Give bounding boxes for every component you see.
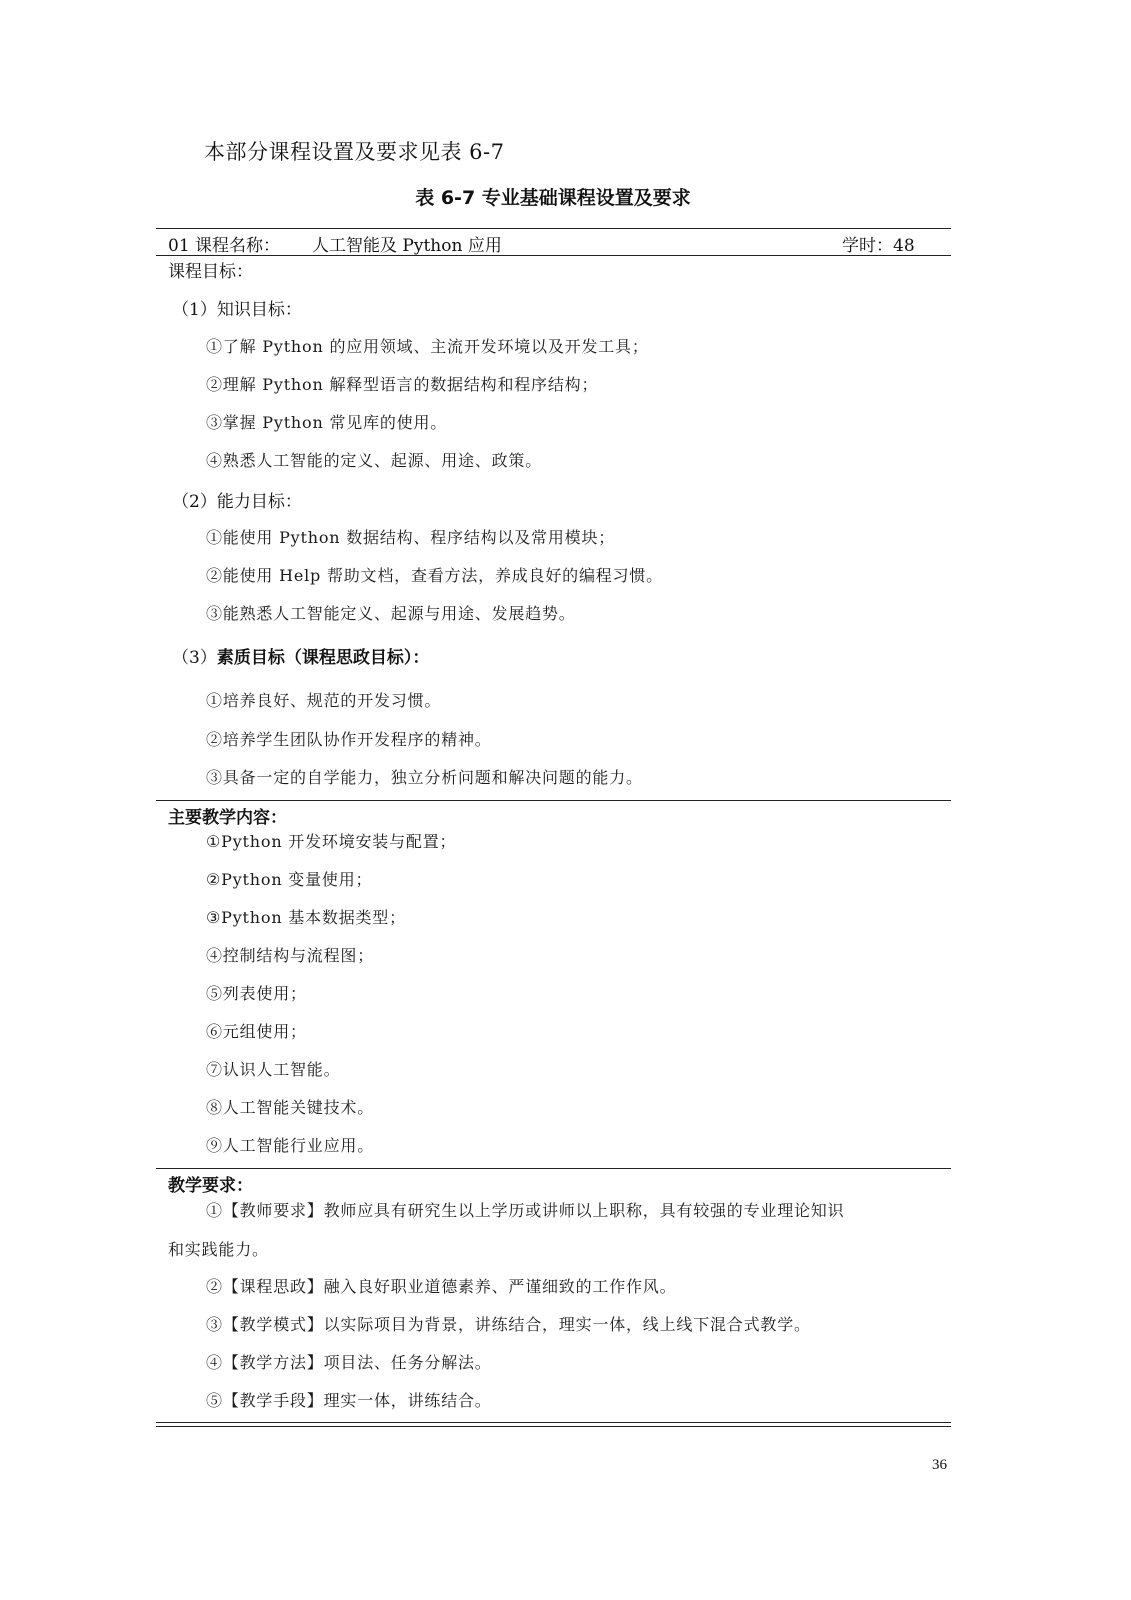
requirement-item: ②【课程思政】融入良好职业道德素养、严谨细致的工作作风。: [206, 1274, 676, 1297]
knowledge-item: ②理解 Python 解释型语言的数据结构和程序结构；: [206, 372, 598, 395]
objectives-divider: [156, 800, 951, 801]
knowledge-item: ①了解 Python 的应用领域、主流开发环境以及开发工具；: [206, 334, 649, 357]
requirement-item: ③【教学模式】以实际项目为背景，讲练结合，理实一体，线上线下混合式教学。: [206, 1312, 811, 1335]
content-item: ⑨人工智能行业应用。: [206, 1133, 374, 1156]
quality-heading-text: 素质目标（课程思政目标）：: [217, 648, 430, 668]
content-item: ⑦认识人工智能。: [206, 1057, 340, 1080]
knowledge-item: ④熟悉人工智能的定义、起源、用途、政策。: [206, 448, 542, 471]
requirement-item: ⑤【教学手段】理实一体，讲练结合。: [206, 1388, 492, 1411]
knowledge-heading: （1）知识目标：: [172, 295, 302, 320]
content-item: ⑤列表使用；: [206, 981, 307, 1004]
ability-item: ②能使用 Help 帮助文档，查看方法，养成良好的编程习惯。: [206, 563, 663, 586]
quality-item: ②培养学生团队协作开发程序的精神。: [206, 727, 492, 750]
table-bottom-border: [156, 1422, 951, 1423]
course-number-label: 01 课程名称：: [168, 231, 280, 256]
content-item: ⑧人工智能关键技术。: [206, 1095, 374, 1118]
content-item: ⑥元组使用；: [206, 1019, 307, 1042]
quality-item: ③具备一定的自学能力，独立分析问题和解决问题的能力。: [206, 765, 643, 788]
quality-item: ①培养良好、规范的开发习惯。: [206, 688, 441, 711]
ability-item: ①能使用 Python 数据结构、程序结构以及常用模块；: [206, 525, 615, 548]
intro-paragraph: 本部分课程设置及要求见表 6-7: [204, 136, 505, 166]
knowledge-item: ③掌握 Python 常见库的使用。: [206, 410, 447, 433]
quality-heading: （3）素质目标（课程思政目标）：: [172, 643, 429, 668]
content-heading: 主要教学内容：: [168, 803, 287, 828]
requirement-item-continuation: 和实践能力。: [168, 1237, 269, 1260]
course-row-divider: [156, 255, 951, 256]
requirement-item: ①【教师要求】教师应具有研究生以上学历或讲师以上职称，具有较强的专业理论知识: [206, 1198, 844, 1221]
content-item: ④控制结构与流程图；: [206, 943, 374, 966]
ability-heading: （2）能力目标：: [172, 487, 302, 512]
quality-heading-prefix: （3）: [172, 648, 217, 668]
content-item: ③Python 基本数据类型；: [206, 905, 406, 928]
table-bottom-border-inner: [156, 1426, 951, 1427]
content-item: ②Python 变量使用；: [206, 867, 372, 890]
course-hours: 学时：48: [842, 231, 915, 256]
requirement-item: ④【教学方法】项目法、任务分解法。: [206, 1350, 492, 1373]
content-item: ①Python 开发环境安装与配置；: [206, 829, 456, 852]
objectives-heading: 课程目标：: [168, 257, 253, 282]
course-name: 人工智能及 Python 应用: [312, 231, 502, 256]
table-caption: 表 6-7 专业基础课程设置及要求: [0, 183, 1106, 210]
content-divider: [156, 1168, 951, 1169]
requirements-heading: 教学要求：: [168, 1171, 253, 1196]
table-top-border: [156, 228, 951, 229]
page-number: 36: [932, 1457, 947, 1474]
ability-item: ③能熟悉人工智能定义、起源与用途、发展趋势。: [206, 601, 576, 624]
